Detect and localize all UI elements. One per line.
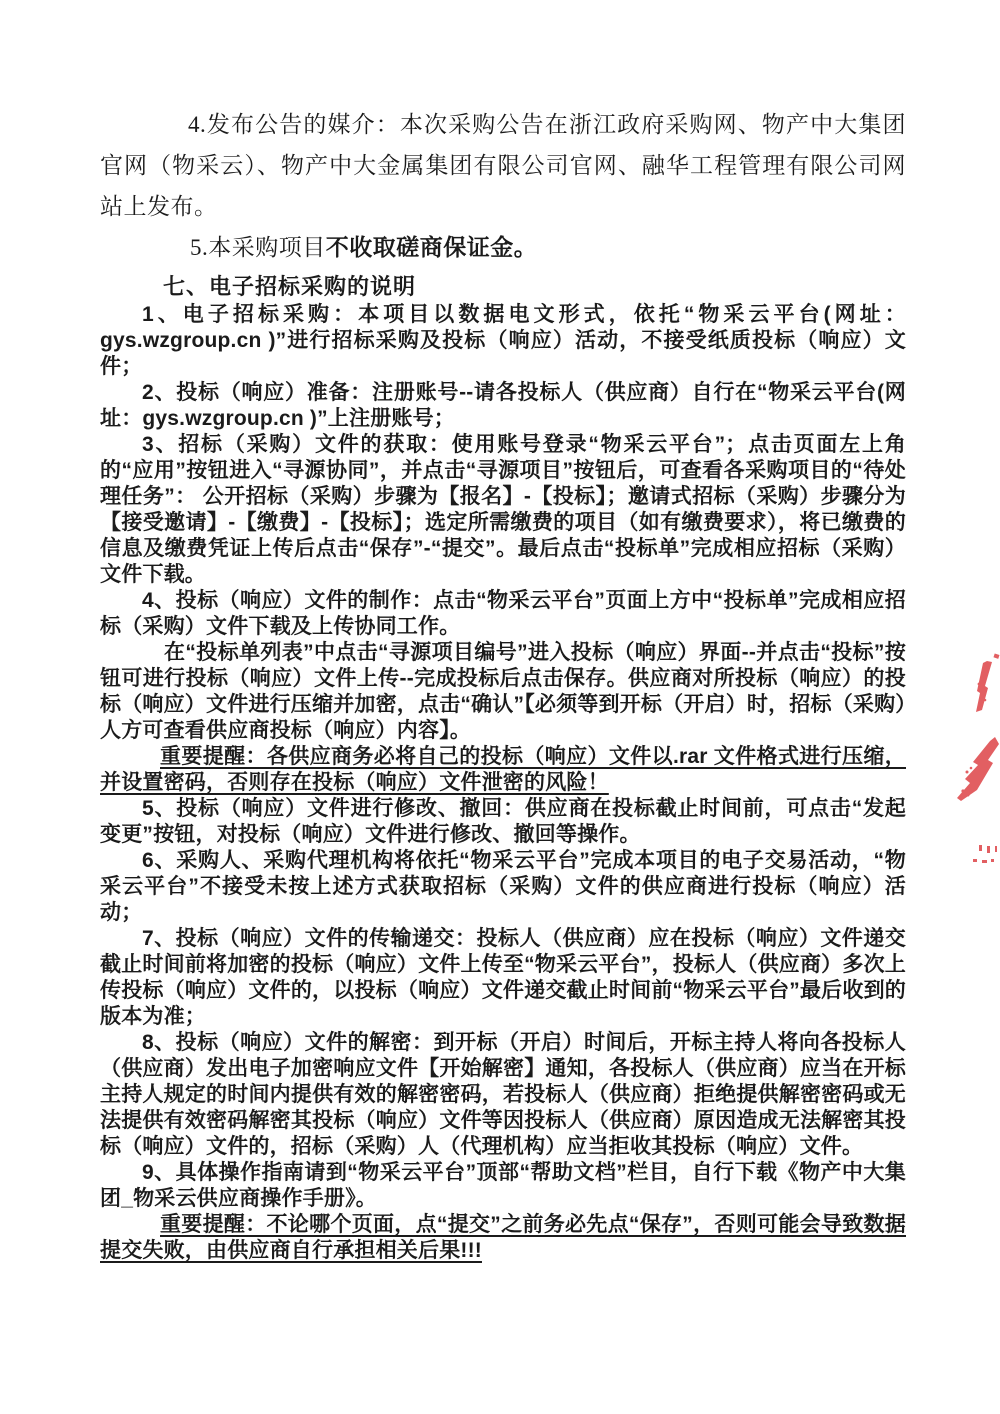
paragraph-no-deposit: 5.本采购项目不收取磋商保证金。	[100, 227, 906, 268]
document-page: 4.发布公告的媒介：本次采购公告在浙江政府采购网、物产中大集团官网（物采云）、物…	[0, 0, 1000, 1414]
section-heading: 七、电子招标采购的说明	[100, 272, 906, 302]
item-2-bid-preparation: 2、投标（响应）准备：注册账号--请各投标人（供应商）自行在“物采云平台(网址：…	[100, 380, 906, 432]
section-item-list: 1、电子招标采购：本项目以数据电文形式，依托“物采云平台(网址：gys.wzgr…	[100, 302, 906, 1264]
paragraph-no-deposit-bold: 不收取磋商保证金。	[326, 235, 538, 260]
paragraph-announcement-media: 4.发布公告的媒介：本次采购公告在浙江政府采购网、物产中大集团官网（物采云）、物…	[100, 104, 906, 227]
item-3-document-acquisition: 3、招标（采购）文件的获取：使用账号登录“物采云平台”；点击页面左上角的“应用”…	[100, 432, 906, 588]
item-4-bid-file-creation: 4、投标（响应）文件的制作：点击“物采云平台”页面上方中“投标单”完成相应招标（…	[100, 588, 906, 640]
red-seal-fragments-icon	[954, 648, 1000, 873]
paragraph-no-deposit-prefix: 5.本采购项目	[190, 235, 326, 260]
important-notice-save-before-submit: 重要提醒：不论哪个页面，点“提交”之前务必先点“保存”，否则可能会导致数据提交失…	[100, 1212, 906, 1264]
item-7-file-submission: 7、投标（响应）文件的传输递交：投标人（供应商）应在投标（响应）文件递交截止时间…	[100, 926, 906, 1030]
item-4-bid-file-creation-continued: 在“投标单列表”中点击“寻源项目编号”进入投标（响应）界面--并点击“投标”按钮…	[100, 640, 906, 744]
important-notice-rar-format: 重要提醒：各供应商务必将自己的投标（响应）文件以.rar 文件格式进行压缩，并设…	[100, 744, 906, 796]
document-content: 4.发布公告的媒介：本次采购公告在浙江政府采购网、物产中大集团官网（物采云）、物…	[100, 104, 906, 1264]
item-8-file-decryption: 8、投标（响应）文件的解密：到开标（开启）时间后，开标主持人将向各投标人（供应商…	[100, 1030, 906, 1160]
item-9-operation-guide: 9、具体操作指南请到“物采云平台”顶部“帮助文档”栏目，自行下载《物产中大集团_…	[100, 1160, 906, 1212]
item-5-modify-withdraw: 5、投标（响应）文件进行修改、撤回：供应商在投标截止时间前，可点击“发起变更”按…	[100, 796, 906, 848]
item-1-electronic-procurement: 1、电子招标采购：本项目以数据电文形式，依托“物采云平台(网址：gys.wzgr…	[100, 302, 906, 380]
item-6-electronic-transaction: 6、采购人、采购代理机构将依托“物采云平台”完成本项目的电子交易活动，“物采云平…	[100, 848, 906, 926]
